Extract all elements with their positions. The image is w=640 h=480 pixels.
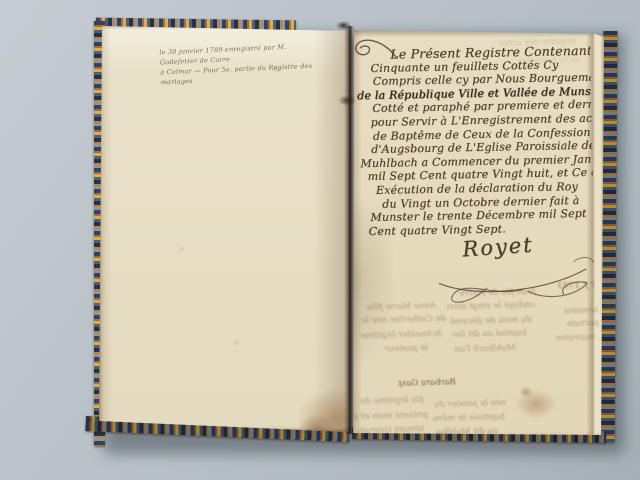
showthrough-row: registre des actes [468,37,576,51]
photo-open-register: le 30 janvier 1789 enregistré par M. God… [0,0,640,480]
showthrough-row: Anne Marie fille [358,301,436,314]
showthrough-row: le pasteur [366,343,428,356]
showthrough-row: au dit Muhlbach [436,426,498,439]
showthrough-row: parrain [551,318,599,330]
showthrough-row: ondoyé le vingt deux [447,300,535,313]
showthrough-row: présent mois et an [354,410,428,423]
showthrough-row: témoins [554,305,598,317]
showthrough-row: Barbara Gaspard [398,377,456,390]
showthrough-row: témoin Georges [358,424,424,437]
showthrough-row: Jean fils de Pierre [452,287,536,300]
showthrough-row: marraine [553,332,595,344]
showthrough-row: de Catherine née le [356,314,446,327]
showthrough-row: Schneider légitime [360,329,442,342]
showthrough-row: Muhlbach l'an [450,343,516,356]
showthrough-row: 7 f. 1793 [558,281,596,293]
showthrough-row: baptisée le même [433,412,505,425]
showthrough-row: baptisé au dit lieu [453,328,527,341]
ink-showthrough-layer: 7 f. 1793Jean fils de Pierreondoyé le vi… [0,0,640,480]
showthrough-row: fils légitime de [352,395,424,408]
showthrough-row: née le janvier du [428,398,506,411]
showthrough-row: de la paroisse [500,55,580,68]
showthrough-row: du mois de décembre [450,315,532,328]
